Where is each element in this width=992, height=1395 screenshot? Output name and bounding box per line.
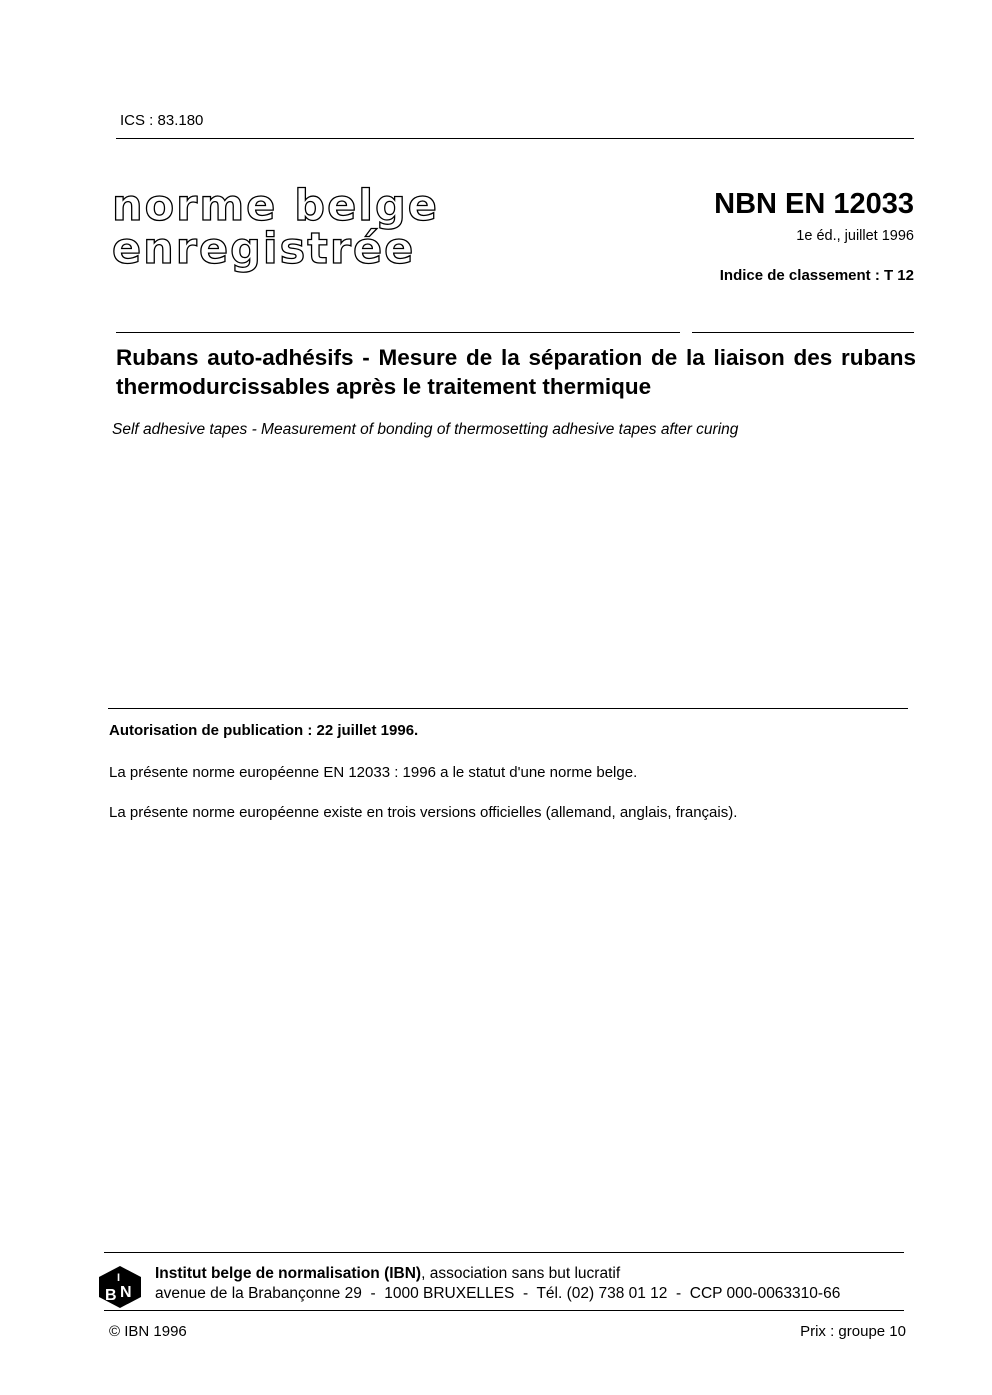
institute-address: avenue de la Brabançonne 29 - 1000 BRUXE…	[155, 1284, 840, 1304]
svg-text:N: N	[120, 1284, 132, 1301]
english-title: Self adhesive tapes - Measurement of bon…	[112, 421, 738, 439]
standard-number: NBN EN 12033	[714, 188, 914, 221]
institute-name: Institut belge de normalisation (IBN)	[155, 1265, 421, 1282]
svg-text:I: I	[117, 1272, 120, 1284]
footer-divider-top	[104, 1252, 904, 1253]
institute-line: Institut belge de normalisation (IBN), a…	[155, 1264, 620, 1284]
edition-date: 1e éd., juillet 1996	[796, 228, 914, 244]
status-paragraph: La présente norme européenne EN 12033 : …	[109, 764, 637, 781]
svg-text:B: B	[105, 1287, 117, 1304]
publication-divider	[108, 708, 908, 709]
brand-line-1: norme belge	[112, 185, 439, 228]
copyright: © IBN 1996	[109, 1323, 187, 1340]
classification-index: Indice de classement : T 12	[720, 267, 914, 284]
ibn-logo-icon: B N I	[97, 1264, 143, 1310]
title-divider-right	[692, 332, 914, 333]
price-group: Prix : groupe 10	[800, 1323, 906, 1340]
versions-paragraph: La présente norme européenne existe en t…	[109, 804, 737, 821]
title-divider-left	[116, 332, 680, 333]
footer-divider-bottom	[104, 1310, 904, 1311]
publication-authorization: Autorisation de publication : 22 juillet…	[109, 722, 418, 739]
french-title: Rubans auto-adhésifs - Mesure de la sépa…	[116, 343, 916, 401]
brand-line-2: enregistrée	[112, 228, 415, 271]
ics-code: ICS : 83.180	[120, 112, 203, 129]
institute-suffix: , association sans but lucratif	[421, 1265, 620, 1282]
header-divider	[116, 138, 914, 139]
